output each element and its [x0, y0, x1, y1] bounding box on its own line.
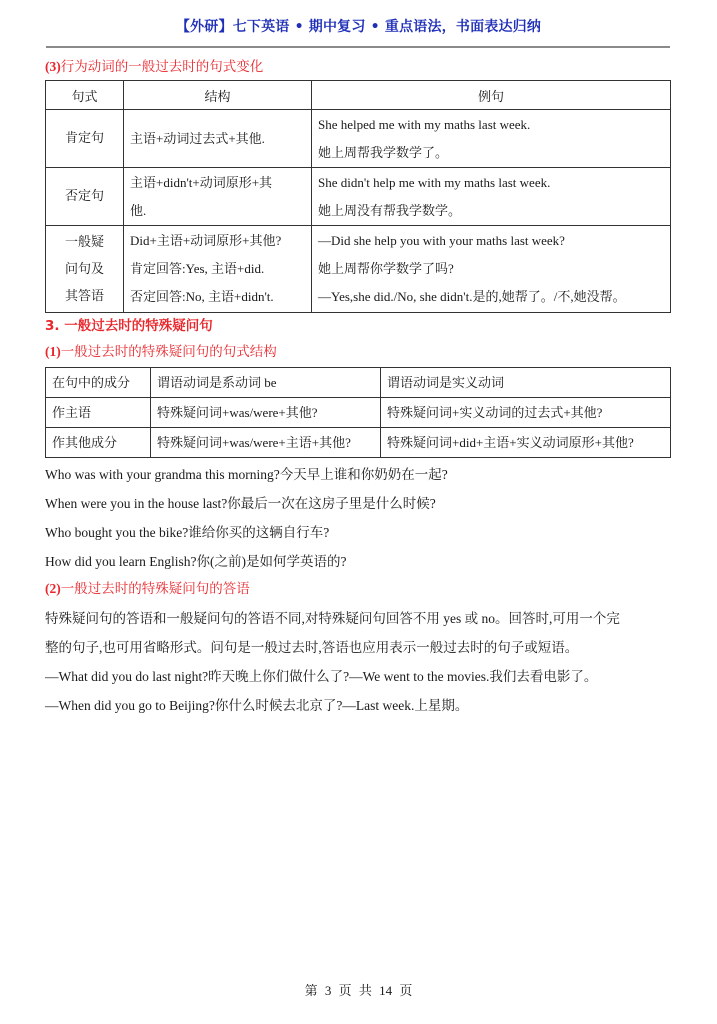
cell-text: 主语+动词过去式+其他. [130, 125, 305, 153]
form-type-cell: 否定句 [46, 168, 124, 226]
cell-text: 她上周帮你学数学了吗? [318, 255, 664, 283]
special-question-structure-table: 在句中的成分 谓语动词是系动词 be 谓语动词是实义动词 作主语 特殊疑问词+w… [45, 367, 671, 458]
header-divider [46, 46, 670, 48]
page-number-footer: 第 3 页 共 14 页 [0, 980, 717, 999]
subsection-title: 一般过去时的特殊疑问句的句式结构 [61, 344, 277, 360]
subsection-number: (3) [45, 59, 61, 74]
example-cell: —Did she help you with your maths last w… [312, 226, 671, 313]
table-header-cell: 结构 [124, 81, 312, 110]
cell-text: 主语+didn't+动词原形+其 [130, 169, 305, 197]
cell-text: —Did she help you with your maths last w… [318, 227, 664, 255]
page-content: (3)行为动词的一般过去时的句式变化 句式 结构 例句 肯定句 主语+动词过去式… [45, 54, 671, 720]
cell-text: 她上周没有帮我学数学。 [318, 197, 664, 225]
cell-text: 其答语 [52, 283, 117, 310]
example-sentence: Who was with your grandma this morning?今… [45, 460, 671, 489]
table-header-cell: 在句中的成分 [46, 368, 151, 398]
structure-cell: 主语+动词过去式+其他. [124, 110, 312, 168]
table-cell: 特殊疑问词+was/were+主语+其他? [151, 428, 381, 458]
table-header-cell: 例句 [312, 81, 671, 110]
table-row: 否定句 主语+didn't+动词原形+其 他. She didn't help … [46, 168, 671, 226]
example-sentence: Who bought you the bike?谁给你买的这辆自行车? [45, 518, 671, 547]
cell-text: Did+主语+动词原形+其他? [130, 227, 305, 255]
explanation-paragraph-line: 整的句子,也可用省略形式。问句是一般过去时,答语也应用表示一般过去时的句子或短语… [45, 633, 671, 662]
cell-text: 肯定句 [52, 125, 117, 152]
form-type-cell: 一般疑 问句及 其答语 [46, 226, 124, 313]
example-dialogue: —What did you do last night?昨天晚上你们做什么了?—… [45, 662, 671, 691]
structure-cell: 主语+didn't+动词原形+其 他. [124, 168, 312, 226]
cell-text: 肯定回答:Yes, 主语+did. [130, 255, 305, 283]
subsection-number: (2) [45, 581, 61, 596]
subsection-heading-1: (1)一般过去时的特殊疑问句的句式结构 [45, 339, 671, 365]
table-header-cell: 谓语动词是实义动词 [381, 368, 671, 398]
table-cell: 特殊疑问词+did+主语+实义动词原形+其他? [381, 428, 671, 458]
explanation-paragraph-line: 特殊疑问句的答语和一般疑问句的答语不同,对特殊疑问句回答不用 yes 或 no。… [45, 604, 671, 633]
table-header-row: 在句中的成分 谓语动词是系动词 be 谓语动词是实义动词 [46, 368, 671, 398]
page-header-title: 【外研】七下英语 • 期中复习 • 重点语法，书面表达归纳 [0, 16, 717, 36]
structure-cell: Did+主语+动词原形+其他? 肯定回答:Yes, 主语+did. 否定回答:N… [124, 226, 312, 313]
table-row: 作其他成分 特殊疑问词+was/were+主语+其他? 特殊疑问词+did+主语… [46, 428, 671, 458]
example-sentence: How did you learn English?你(之前)是如何学英语的? [45, 547, 671, 576]
cell-text: 一般疑 [52, 229, 117, 256]
example-sentence: When were you in the house last?你最后一次在这房… [45, 489, 671, 518]
subsection-title: 行为动词的一般过去时的句式变化 [61, 59, 264, 75]
example-cell: She helped me with my maths last week. 她… [312, 110, 671, 168]
cell-text: She helped me with my maths last week. [318, 111, 664, 139]
table-row: 一般疑 问句及 其答语 Did+主语+动词原形+其他? 肯定回答:Yes, 主语… [46, 226, 671, 313]
form-type-cell: 肯定句 [46, 110, 124, 168]
example-cell: She didn't help me with my maths last we… [312, 168, 671, 226]
table-row: 作主语 特殊疑问词+was/were+其他? 特殊疑问词+实义动词的过去式+其他… [46, 398, 671, 428]
past-tense-sentence-forms-table: 句式 结构 例句 肯定句 主语+动词过去式+其他. She helped me … [45, 80, 671, 313]
cell-text: She didn't help me with my maths last we… [318, 169, 664, 197]
subsection-heading-3: (3)行为动词的一般过去时的句式变化 [45, 54, 671, 80]
table-header-row: 句式 结构 例句 [46, 81, 671, 110]
table-cell: 特殊疑问词+实义动词的过去式+其他? [381, 398, 671, 428]
table-header-cell: 句式 [46, 81, 124, 110]
cell-text: —Yes,she did./No, she didn't.是的,她帮了。/不,她… [318, 283, 664, 311]
example-dialogue: —When did you go to Beijing?你什么时候去北京了?—L… [45, 691, 671, 720]
subsection-title: 一般过去时的特殊疑问句的答语 [61, 581, 250, 597]
table-cell: 作其他成分 [46, 428, 151, 458]
cell-text: 问句及 [52, 256, 117, 283]
cell-text: 否定回答:No, 主语+didn't. [130, 283, 305, 311]
subsection-number: (1) [45, 344, 61, 359]
cell-text: 他. [130, 197, 305, 225]
cell-text: 她上周帮我学数学了。 [318, 139, 664, 167]
table-header-cell: 谓语动词是系动词 be [151, 368, 381, 398]
table-row: 肯定句 主语+动词过去式+其他. She helped me with my m… [46, 110, 671, 168]
table-cell: 特殊疑问词+was/were+其他? [151, 398, 381, 428]
section-heading-3: 3. 一般过去时的特殊疑问句 [45, 313, 671, 339]
cell-text: 否定句 [52, 183, 117, 210]
table-cell: 作主语 [46, 398, 151, 428]
subsection-heading-2: (2)一般过去时的特殊疑问句的答语 [45, 576, 671, 602]
